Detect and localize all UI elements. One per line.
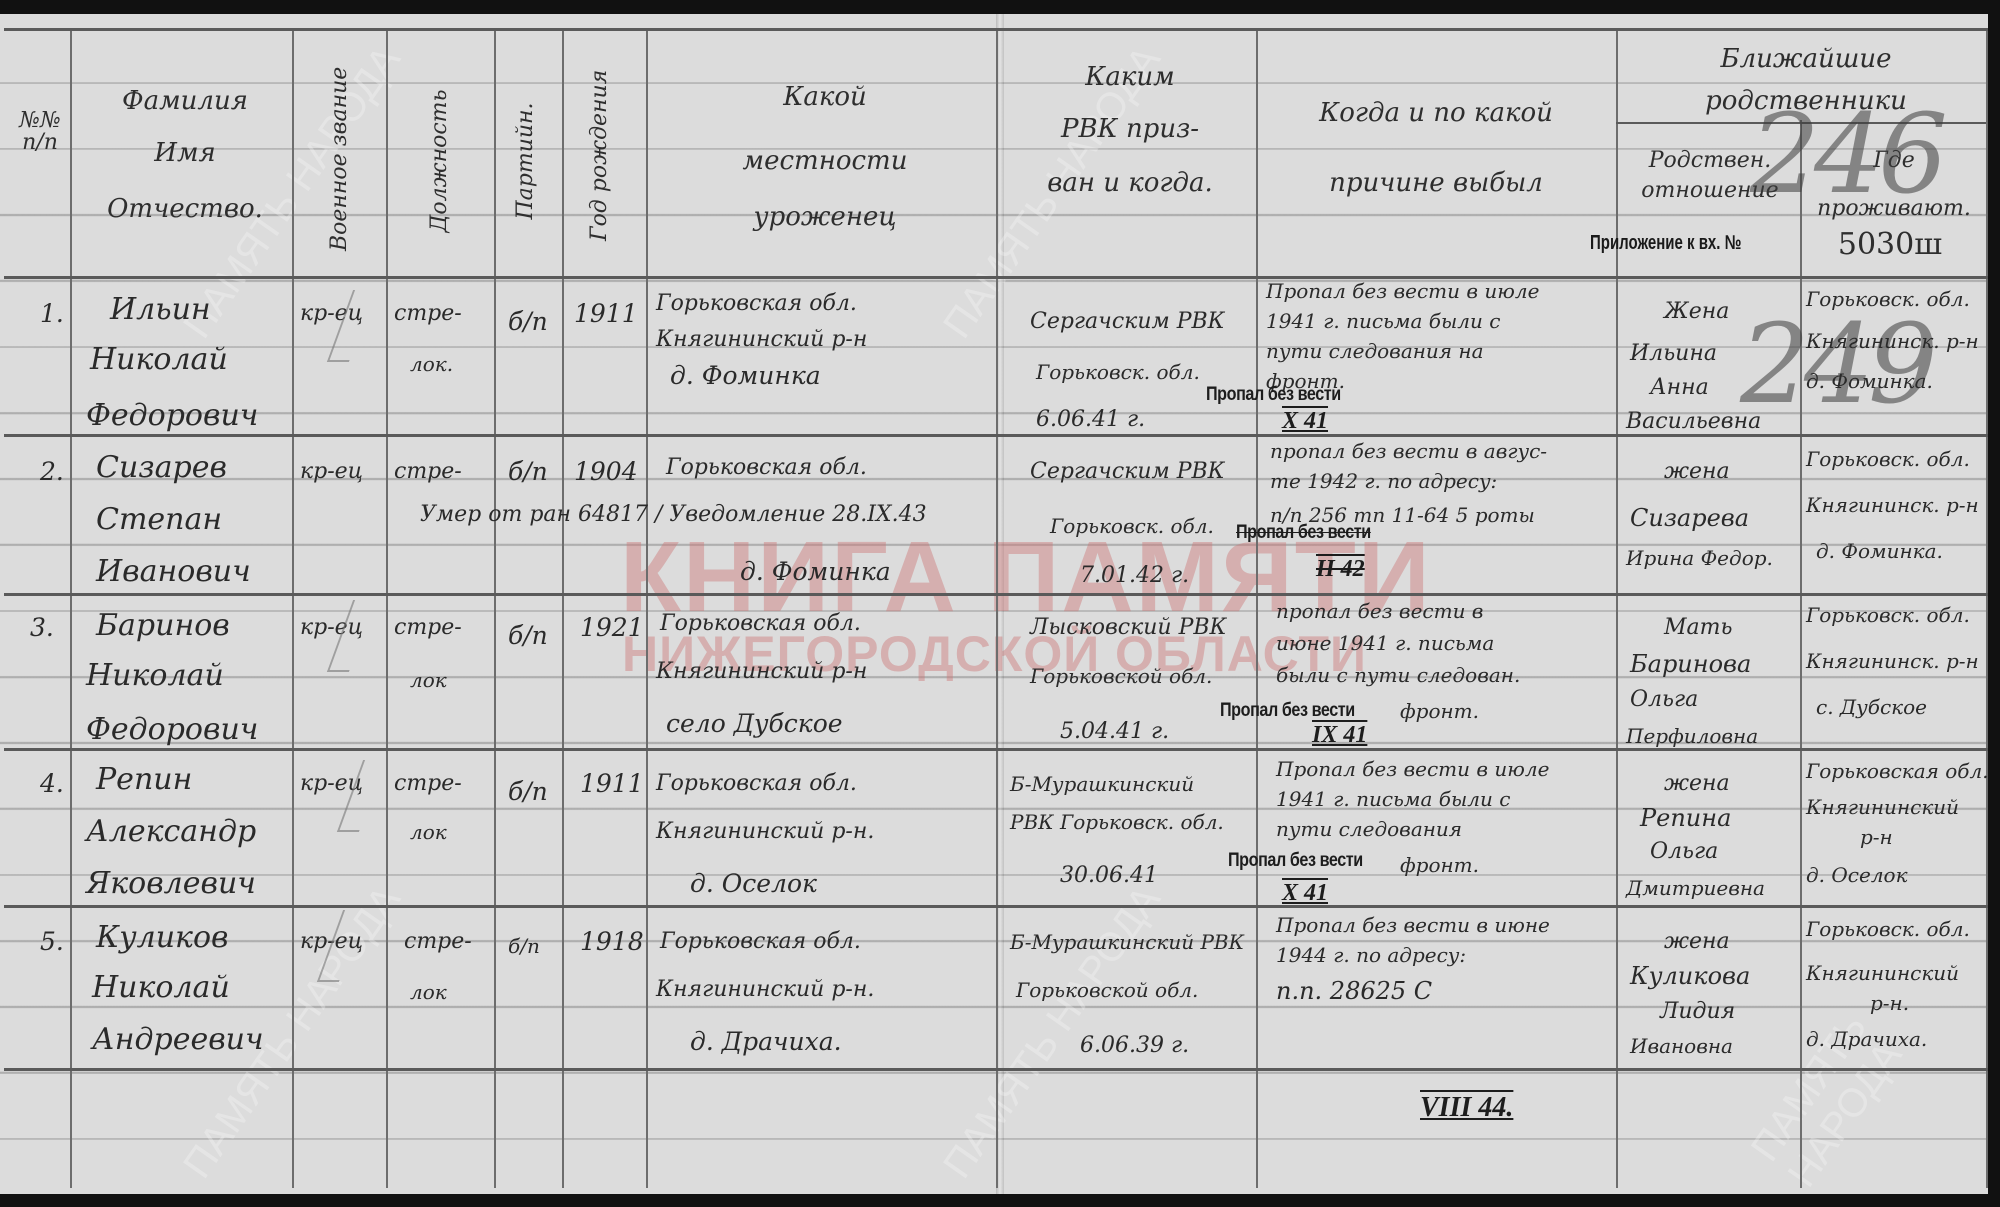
birth-year: 1911 xyxy=(580,752,644,816)
pencil-page-number: 246 xyxy=(1750,90,1942,218)
row-num: 5. xyxy=(40,910,64,974)
origin: село Дубское xyxy=(666,692,843,756)
missing-stamp: Пропал без вести xyxy=(1220,700,1355,722)
header-rvk: РВК приз- xyxy=(1010,116,1250,142)
col-divider xyxy=(386,28,388,1188)
header-surname: Фамилия xyxy=(80,88,290,114)
header-relatives: Ближайшие xyxy=(1626,46,1986,72)
residence: Княгининск. р-н xyxy=(1806,642,1979,680)
residence: Княгининск. р-н xyxy=(1806,322,1979,360)
death-annotation: Умер от ран 64817 / Уведомление 28.IX.43 xyxy=(420,496,927,534)
row-num: 2. xyxy=(40,440,64,504)
party: б/п xyxy=(508,914,540,978)
field-post-address: п.п. 28625 С xyxy=(1276,972,1432,1010)
row-divider xyxy=(4,28,1988,31)
header-party: Партийн. xyxy=(515,81,537,241)
reason: фронт. xyxy=(1400,846,1479,884)
party: б/п xyxy=(508,440,548,504)
missing-stamp: Пропал без вести xyxy=(1236,522,1371,544)
residence: д. Фоминка. xyxy=(1806,362,1933,400)
header-num: №№ п/п xyxy=(12,110,68,154)
party: б/п xyxy=(508,290,548,354)
stamp-date: IX 41 xyxy=(1312,722,1367,749)
party: б/п xyxy=(508,760,548,824)
col-divider xyxy=(996,28,998,1188)
residence: Горьковск. обл. xyxy=(1806,280,1970,318)
residence: д. Фоминка. xyxy=(1816,532,1943,570)
residence: Княгининск. р-н xyxy=(1806,486,1979,524)
col-divider xyxy=(646,28,648,1188)
attachment-stamp: Приложение к вх. № xyxy=(1590,232,1741,255)
reason: пути следования xyxy=(1276,810,1462,848)
origin: д. Фоминка xyxy=(670,344,821,408)
stamp-date: II 42 xyxy=(1316,556,1365,583)
col-divider xyxy=(1256,28,1258,1188)
residence: Горьковская обл. xyxy=(1806,752,1989,790)
relative-first: Ирина Федор. xyxy=(1626,526,1773,590)
missing-stamp: Пропал без вести xyxy=(1206,384,1341,406)
birth-year: 1921 xyxy=(580,596,644,660)
header-origin: местности xyxy=(660,148,990,174)
residence: с. Дубское xyxy=(1816,688,1927,726)
patronymic: Андреевич xyxy=(92,1008,264,1072)
header-reason: причине выбыл xyxy=(1266,170,1606,196)
stamp-date: X 41 xyxy=(1282,880,1328,907)
stamp-date: VIII 44. xyxy=(1420,1092,1513,1124)
position: лок xyxy=(410,960,447,1024)
col-divider xyxy=(1986,28,1988,1188)
reason: те 1942 г. по адресу: xyxy=(1270,462,1497,500)
rvk: 30.06.41 xyxy=(1060,844,1158,908)
residence: р-н. xyxy=(1870,984,1909,1022)
residence: Горьковск. обл. xyxy=(1806,596,1970,634)
header-rvk: Каким xyxy=(1010,64,1250,90)
header-first-name: Имя xyxy=(80,140,290,166)
relative-patronymic: Ивановна xyxy=(1630,1014,1733,1078)
reason: 1944 г. по адресу: xyxy=(1276,936,1466,974)
party: б/п xyxy=(508,604,548,668)
birth-year: 1911 xyxy=(574,282,638,346)
rvk: 6.06.39 г. xyxy=(1080,1014,1189,1078)
residence: д. Оселок xyxy=(1806,856,1908,894)
position: лок xyxy=(410,648,447,712)
row-divider xyxy=(4,276,1988,279)
residence: Горьковск. обл. xyxy=(1806,440,1970,478)
attachment-number: 5030ш xyxy=(1800,230,1980,260)
row-num: 4. xyxy=(40,752,64,816)
row-num: 3. xyxy=(30,596,54,660)
reason: фронт. xyxy=(1400,692,1479,730)
origin: д. Оселок xyxy=(690,852,817,916)
rank: кр-ец xyxy=(300,440,363,504)
col-divider xyxy=(494,28,496,1188)
birth-year: 1918 xyxy=(580,910,644,974)
header-rank: Военное звание xyxy=(329,71,351,251)
col-divider xyxy=(562,28,564,1188)
first-name: Николай xyxy=(90,328,228,392)
col-divider xyxy=(292,28,294,1188)
rvk: Горьковской обл. xyxy=(1030,644,1212,708)
origin: д. Драчиха. xyxy=(690,1010,842,1074)
col-divider xyxy=(70,28,72,1188)
header-position: Должность xyxy=(429,81,451,241)
header-origin: уроженец xyxy=(660,204,990,230)
position: лок. xyxy=(410,332,453,396)
header-birth-year: Год рождения xyxy=(589,81,611,241)
position: лок xyxy=(410,800,447,864)
residence: р-н xyxy=(1860,818,1893,856)
residence: Горьковск. обл. xyxy=(1806,910,1970,948)
col-divider xyxy=(1616,28,1618,1188)
position: стре- xyxy=(394,440,462,504)
header-reason: Когда и по какой xyxy=(1266,100,1606,126)
residence: д. Драчиха. xyxy=(1806,1020,1927,1058)
origin: Горьковская обл. xyxy=(666,436,867,500)
header-patronymic: Отчество. xyxy=(80,196,290,222)
missing-stamp: Пропал без вести xyxy=(1228,850,1363,872)
rvk: Горьковской обл. xyxy=(1016,958,1198,1022)
birth-year: 1904 xyxy=(574,440,638,504)
row-num: 1. xyxy=(40,282,64,346)
col-divider xyxy=(1800,120,1802,1188)
reason: были с пути следован. xyxy=(1276,656,1520,694)
header-origin: Какой xyxy=(660,84,990,110)
header-rvk: ван и когда. xyxy=(1010,170,1250,196)
stamp-date: X 41 xyxy=(1282,408,1328,435)
